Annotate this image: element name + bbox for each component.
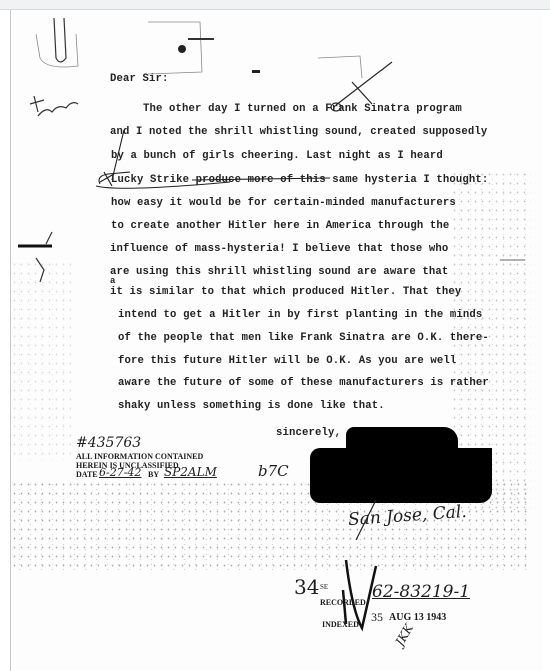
body-line-6: to create another Hitler here in America…	[111, 220, 449, 232]
body-line-1: The other day I turned on a Frank Sinatr…	[143, 103, 462, 115]
body-line-14: shaky unless something is done like that…	[118, 400, 385, 412]
signature-redaction-lower	[310, 448, 492, 503]
body-line-4: Lucky Strike produce more of this same h…	[111, 174, 488, 186]
viewer-top-bar	[0, 0, 550, 10]
stamp-date-value: 6-27-42	[99, 466, 141, 479]
stamp-by-label: BY	[148, 470, 159, 479]
body-line-11: of the people that men like Frank Sinatr…	[118, 332, 489, 344]
body-line-2: and I noted the shrill whistling sound, …	[110, 126, 487, 138]
body-line-10: intend to get a Hitler in by first plant…	[118, 309, 482, 321]
stamp-line-1: ALL INFORMATION CONTAINED	[76, 452, 203, 461]
stamp-date-day: 35	[371, 610, 383, 625]
stamp-by-value: SP2ALM	[164, 465, 217, 479]
stamp-date: AUG 13 1943	[389, 612, 446, 623]
stamp-recorded: RECORDED	[320, 598, 366, 607]
stamp-se: SE	[320, 583, 328, 591]
stamp-indexed: INDEXED	[322, 620, 359, 629]
insert-mark: a	[110, 276, 116, 286]
body-line-7: influence of mass-hysteria! I believe th…	[110, 243, 448, 255]
closing: sincerely,	[276, 427, 341, 439]
stamp-date-label: DATE	[76, 470, 98, 479]
body-line-9: it is similar to that which produced Hit…	[110, 286, 461, 298]
stamp-number: #435763	[76, 435, 141, 451]
serial-prefix: 34	[294, 575, 319, 599]
scan-noise-left	[11, 260, 71, 460]
body-line-13: aware the future of some of these manufa…	[118, 377, 489, 389]
body-line-3: by a bunch of girls cheering. Last night…	[111, 150, 443, 162]
file-number: 62-83219-1	[372, 582, 470, 602]
body-line-5: how easy it would be for certain-minded …	[111, 197, 456, 209]
exemption-code: b7C	[258, 462, 289, 480]
salutation: Dear Sir:	[110, 73, 169, 85]
body-line-8: are using this shrill whistling sound ar…	[110, 266, 448, 278]
body-line-12: fore this future Hitler will be O.K. As …	[118, 355, 456, 367]
